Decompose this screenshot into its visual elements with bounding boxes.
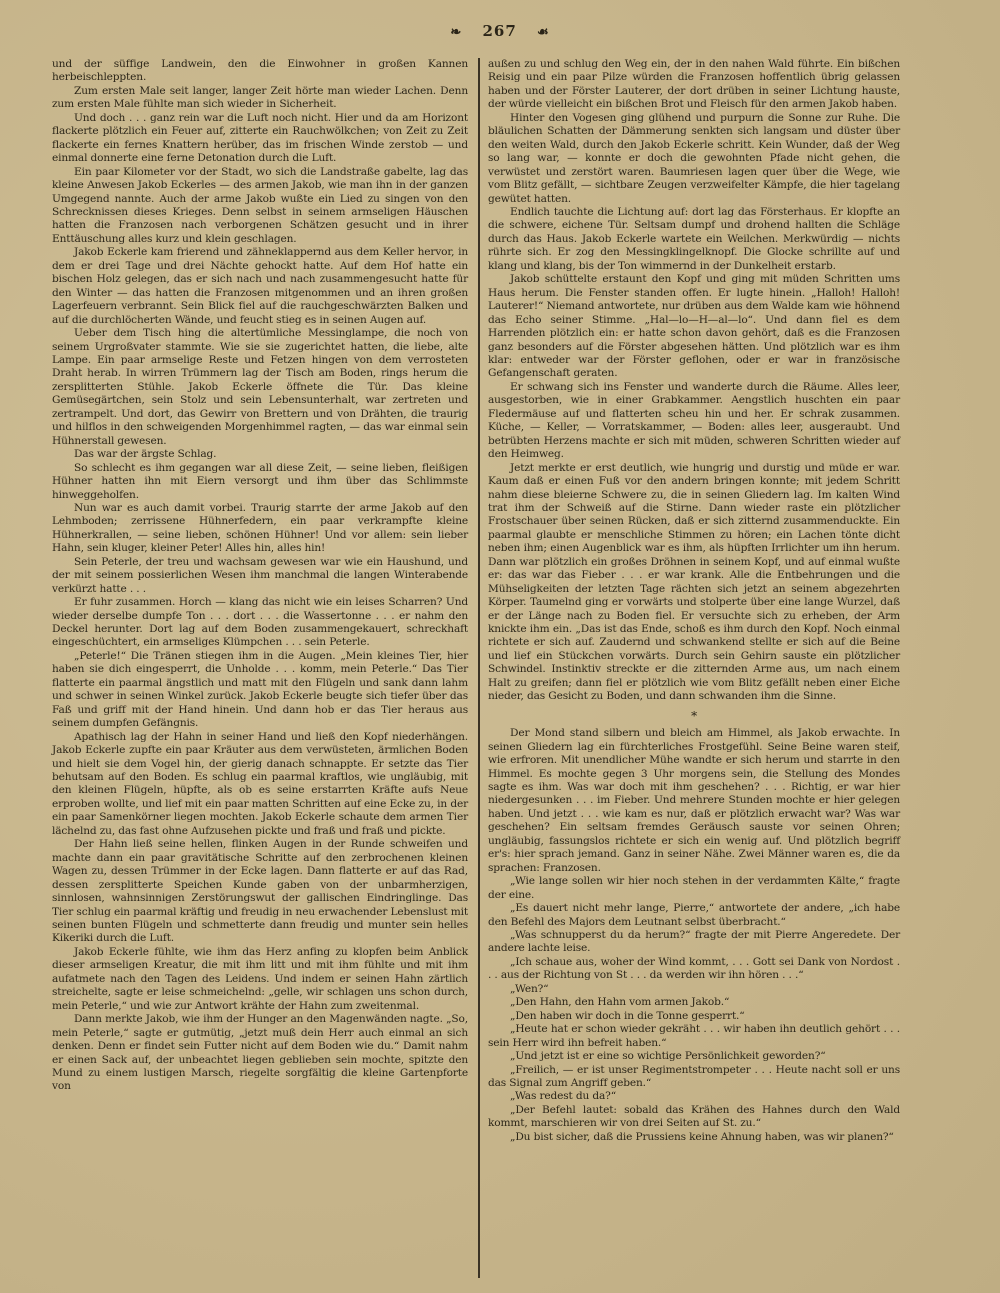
paragraph: Ueber dem Tisch hing die altertümliche M… bbox=[52, 327, 468, 448]
paragraph: Der Mond stand silbern und bleich am Him… bbox=[488, 727, 900, 875]
paragraph: und der süffige Landwein, den die Einwoh… bbox=[52, 58, 468, 85]
column-divider bbox=[478, 58, 480, 1278]
paragraph: Hinter den Vogesen ging glühend und purp… bbox=[488, 112, 900, 206]
paragraph: Das war der ärgste Schlag. bbox=[52, 448, 468, 461]
ornament-left-icon: ❧ bbox=[450, 25, 462, 40]
dialog-line: „Es dauert nicht mehr lange, Pierre,“ an… bbox=[488, 902, 900, 929]
page-number: 267 bbox=[482, 22, 516, 40]
page-header: ❧ 267 ☙ bbox=[0, 22, 1000, 40]
dialog-line: „Freilich, — er ist unser Regimentstromp… bbox=[488, 1064, 900, 1091]
dialog-line: „Wie lange sollen wir hier noch stehen i… bbox=[488, 875, 900, 902]
dialog-line: „Heute hat er schon wieder gekräht . . .… bbox=[488, 1023, 900, 1050]
paragraph: Zum ersten Male seit langer, langer Zeit… bbox=[52, 85, 468, 112]
paragraph: Jetzt merkte er erst deutlich, wie hungr… bbox=[488, 462, 900, 704]
paragraph: Und doch . . . ganz rein war die Luft no… bbox=[52, 112, 468, 166]
paragraph: Der Hahn ließ seine hellen, flinken Auge… bbox=[52, 838, 468, 946]
paragraph: Sein Peterle, der treu und wachsam gewes… bbox=[52, 556, 468, 596]
dialog-line: „Und jetzt ist er eine so wichtige Persö… bbox=[488, 1050, 900, 1063]
paragraph: Er schwang sich ins Fenster und wanderte… bbox=[488, 381, 900, 462]
paragraph: So schlecht es ihm gegangen war all dies… bbox=[52, 462, 468, 502]
paragraph: Jakob Eckerle kam frierend und zähneklap… bbox=[52, 246, 468, 327]
ornament-right-icon: ☙ bbox=[537, 25, 550, 40]
dialog-line: „Wen?“ bbox=[488, 983, 900, 996]
paragraph: Dann merkte Jakob, wie ihm der Hunger an… bbox=[52, 1013, 468, 1094]
dialog-line: „Was schnupperst du da herum?“ fragte de… bbox=[488, 929, 900, 956]
dialog-line: „Ich schaue aus, woher der Wind kommt, .… bbox=[488, 956, 900, 983]
paragraph: Apathisch lag der Hahn in seiner Hand un… bbox=[52, 731, 468, 839]
right-column: außen zu und schlug den Weg ein, der in … bbox=[488, 58, 900, 1144]
dialog-line: „Den haben wir doch in die Tonne gesperr… bbox=[488, 1010, 900, 1023]
dialog-line: „Den Hahn, den Hahn vom armen Jakob.“ bbox=[488, 996, 900, 1009]
paragraph: Endlich tauchte die Lichtung auf: dort l… bbox=[488, 206, 900, 273]
paragraph: Ein paar Kilometer vor der Stadt, wo sic… bbox=[52, 166, 468, 247]
dialog-line: „Der Befehl lautet: sobald das Krähen de… bbox=[488, 1104, 900, 1131]
section-separator: * bbox=[488, 710, 900, 723]
dialog-line: „Was redest du da?“ bbox=[488, 1090, 900, 1103]
paragraph: Jakob Eckerle fühlte, wie ihm das Herz a… bbox=[52, 946, 468, 1013]
paragraph: „Peterle!“ Die Tränen stiegen ihm in die… bbox=[52, 650, 468, 731]
paragraph: Nun war es auch damit vorbei. Traurig st… bbox=[52, 502, 468, 556]
paragraph: außen zu und schlug den Weg ein, der in … bbox=[488, 58, 900, 112]
dialog-line: „Du bist sicher, daß die Prussiens keine… bbox=[488, 1131, 900, 1144]
paragraph: Jakob schüttelte erstaunt den Kopf und g… bbox=[488, 273, 900, 381]
left-column: und der süffige Landwein, den die Einwoh… bbox=[52, 58, 468, 1094]
paragraph: Er fuhr zusammen. Horch — klang das nich… bbox=[52, 596, 468, 650]
